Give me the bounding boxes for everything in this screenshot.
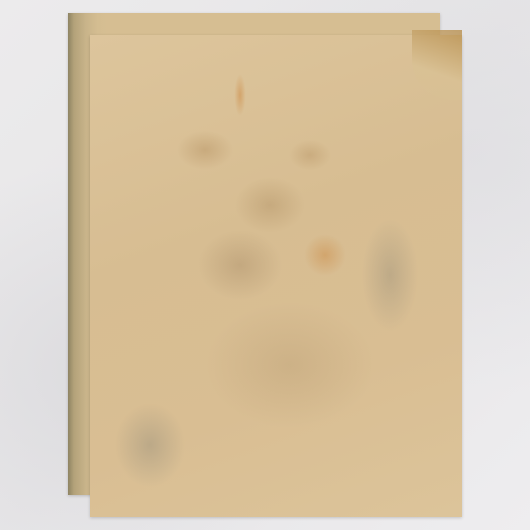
front-paper-sheet: [90, 35, 462, 517]
